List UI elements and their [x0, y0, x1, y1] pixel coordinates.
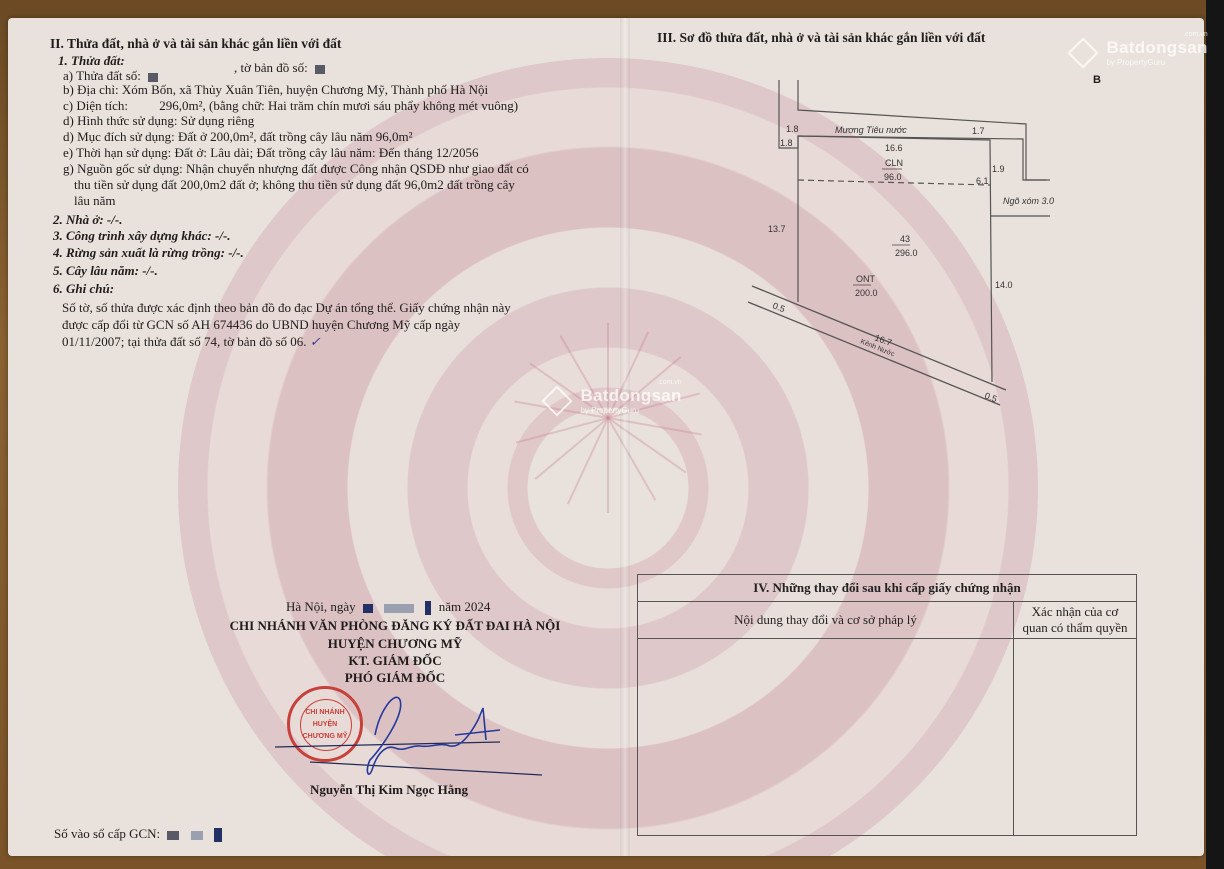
cln-area: 96.0	[884, 172, 902, 182]
page-fold	[620, 18, 630, 856]
north-label: B	[1093, 72, 1101, 88]
origin-line-3: lâu năm	[74, 193, 116, 209]
dim-bottom-right: 0.5	[983, 390, 998, 404]
issue-date-row: Hà Nội, ngày năm 2024	[286, 599, 490, 615]
redacted-registry-3	[214, 828, 222, 842]
registry-row: Số vào sổ cấp GCN:	[54, 826, 226, 842]
map-sheet-row: , tờ bản đồ số:	[234, 60, 329, 76]
redacted-registry-1	[167, 831, 179, 840]
dim-dash-right: 6.1	[976, 176, 989, 186]
cln-label: CLN	[885, 158, 903, 168]
area-label: c) Diện tích:	[63, 98, 128, 113]
redacted-map-sheet	[315, 65, 325, 74]
land-heading: 1. Thửa đất:	[58, 53, 125, 69]
parcel-area: 296.0	[895, 248, 918, 258]
redacted-registry-2	[191, 831, 203, 840]
issuer-line-2: HUYỆN CHƯƠNG MỸ	[200, 636, 590, 652]
redacted-day	[363, 604, 373, 613]
watermark-center: .com.vn Batdongsan by PropertyGuru	[546, 386, 682, 415]
ont-label: ONT	[856, 274, 876, 284]
dim-left-edge: 13.7	[768, 224, 786, 234]
watermark-brand: Batdongsan	[1106, 38, 1207, 58]
watermark-tld: .com.vn	[657, 379, 682, 386]
signature-icon	[270, 690, 560, 790]
usage-form: d) Hình thức sử dụng: Sử dụng riêng	[63, 113, 254, 129]
dim-top-left-outer: 1.8	[786, 124, 799, 134]
watermark-tld: .com.vn	[1183, 31, 1208, 38]
issuer-line-1: CHI NHÁNH VĂN PHÒNG ĐĂNG KÝ ĐẤT ĐAI HÀ N…	[200, 618, 590, 634]
parcel-label: a) Thửa đất số:	[63, 68, 141, 83]
parcel-diagram: 1.8 Mương Tiêu nước 1.7 1.8 16.6 CLN 96.…	[740, 60, 1080, 420]
watermark-brand: Batdongsan	[580, 386, 681, 406]
changes-confirmation-cell	[1014, 639, 1137, 836]
notes-line-3-text: 01/11/2007; tại thửa đất số 74, tờ bản đ…	[62, 334, 307, 349]
watermark-top-right: .com.vn Batdongsan by PropertyGuru	[1072, 38, 1208, 67]
initials-mark-icon: ✓	[310, 334, 321, 349]
house-item: 2. Nhà ở: -/-.	[53, 212, 122, 228]
changes-col-content: Nội dung thay đổi và cơ sở pháp lý	[638, 602, 1014, 639]
notes-heading: 6. Ghi chú:	[53, 281, 114, 297]
map-sheet-label: , tờ bản đồ số:	[234, 60, 308, 75]
date-suffix: năm 2024	[439, 599, 491, 614]
section-iii-title: III. Sơ đồ thửa đất, nhà ở và tài sản kh…	[657, 30, 985, 46]
dim-top-edge: 16.6	[885, 143, 903, 153]
batdongsan-logo-icon	[1067, 37, 1098, 68]
notes-line-2: được cấp đổi từ GCN số AH 674436 do UBND…	[62, 317, 460, 333]
usage-purpose: d) Mục đích sử dụng: Đất ở 200,0m², đất …	[63, 129, 413, 145]
changes-content-cell	[638, 639, 1014, 836]
ont-area: 200.0	[855, 288, 878, 298]
area-value: 296,0m², (bằng chữ: Hai trăm chín mươi s…	[159, 98, 518, 113]
notes-line-3: 01/11/2007; tại thửa đất số 74, tờ bản đ…	[62, 334, 321, 350]
dim-right-upper: 1.9	[992, 164, 1005, 174]
watermark-by: by PropertyGuru	[1106, 58, 1207, 67]
notes-line-1: Số tờ, số thửa được xác định theo bản đồ…	[62, 300, 511, 316]
redacted-mark	[425, 601, 431, 615]
parcel-number: 43	[900, 234, 910, 244]
changes-table: IV. Những thay đổi sau khi cấp giấy chứn…	[637, 574, 1137, 836]
perennial-trees-item: 5. Cây lâu năm: -/-.	[53, 263, 158, 279]
area-row: c) Diện tích: 296,0m², (bằng chữ: Hai tr…	[63, 98, 518, 114]
redacted-parcel-number	[148, 73, 158, 82]
alley-label: Ngõ xóm 3.0	[1003, 196, 1054, 206]
signer-name: Nguyễn Thị Kim Ngọc Hằng	[310, 782, 468, 798]
canal-top-label: Mương Tiêu nước	[835, 125, 907, 135]
dim-top-right: 1.7	[972, 126, 985, 136]
usage-term: e) Thời hạn sử dụng: Đất ở: Lâu dài; Đất…	[63, 145, 479, 161]
changes-col-confirmation: Xác nhận của cơ quan có thẩm quyền	[1014, 602, 1137, 639]
right-edge-bar	[1206, 0, 1224, 869]
section-ii-title: II. Thửa đất, nhà ở và tài sản khác gắn …	[50, 36, 341, 52]
origin-line-2: thu tiền sử dụng đất 200,0m2 đất ở; khôn…	[74, 177, 515, 193]
issuer-line-3: KT. GIÁM ĐỐC	[200, 653, 590, 669]
batdongsan-logo-icon	[541, 385, 572, 416]
other-construction-item: 3. Công trình xây dựng khác: -/-.	[53, 228, 231, 244]
dim-right-edge: 14.0	[995, 280, 1013, 290]
watermark-by: by PropertyGuru	[580, 406, 681, 415]
issuer-line-4: PHÓ GIÁM ĐỐC	[200, 670, 590, 686]
registry-label: Số vào sổ cấp GCN:	[54, 826, 160, 841]
production-forest-item: 4. Rừng sản xuất là rừng trồng: -/-.	[53, 245, 244, 261]
origin-line-1: g) Nguồn gốc sử dụng: Nhận chuyển nhượng…	[63, 161, 529, 177]
redacted-month	[384, 604, 414, 613]
date-prefix: Hà Nội, ngày	[286, 599, 356, 614]
dim-top-left-inner: 1.8	[780, 138, 793, 148]
address: b) Địa chỉ: Xóm Bốn, xã Thủy Xuân Tiên, …	[63, 82, 488, 98]
changes-table-title: IV. Những thay đổi sau khi cấp giấy chứn…	[638, 575, 1137, 602]
